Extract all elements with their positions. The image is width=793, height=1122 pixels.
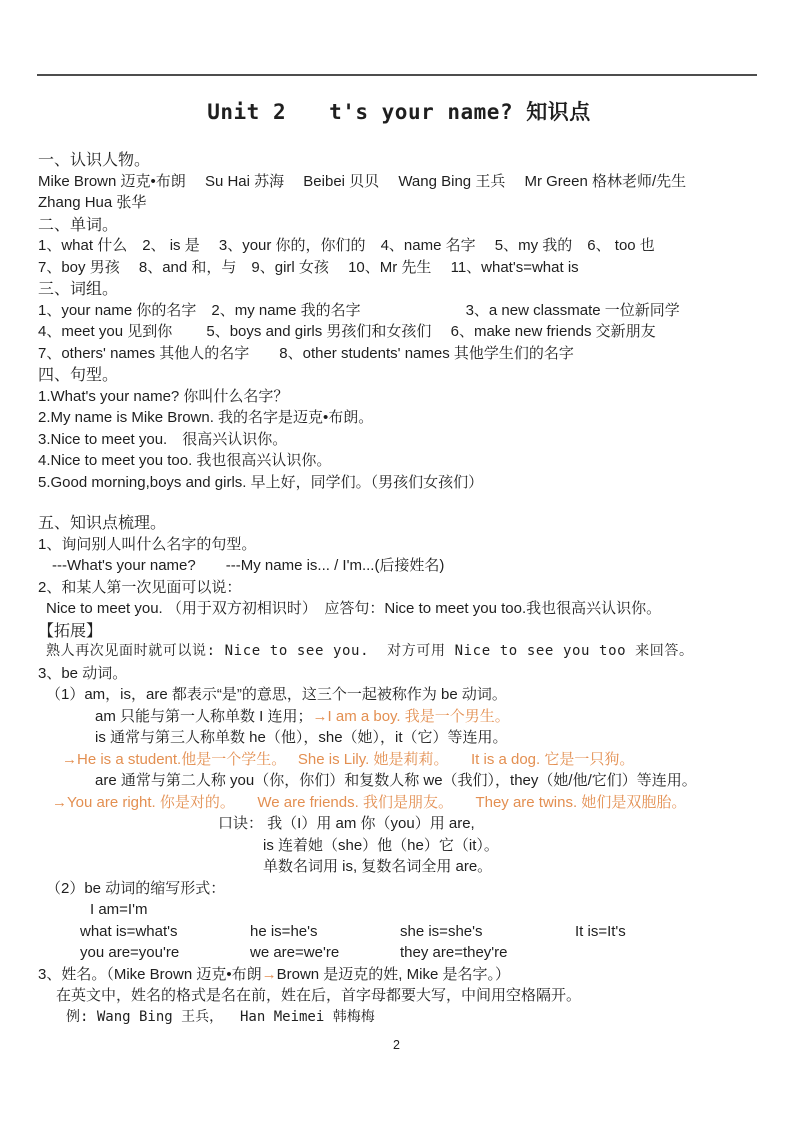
section1-line-people: Mike Brown 迈克•布朗 Su Hai 苏海 Beibei 贝贝 Wan…: [38, 171, 760, 193]
section4-sentence-1: 1.What's your name? 你叫什么名字？: [38, 386, 760, 408]
section3-phrases-line1: 1、your name 你的名字 2、my name 我的名字 3、a new …: [38, 300, 760, 322]
document-content: Unit 2 t's your name? 知识点 一、认识人物。 Mike B…: [38, 97, 760, 1028]
s5-surname-line: 3、姓名。（Mike Brown 迈克•布朗→Brown 是迈克的姓, Mike…: [38, 964, 760, 986]
section2-heading: 二、单词。: [38, 214, 760, 236]
s5-rhyme-line2: is 连着她（she）他（he）它（it）。: [263, 835, 760, 857]
s5-name-examples: 例: Wang Bing 王兵， Han Meimei 韩梅梅: [66, 1007, 760, 1029]
contraction-it-is: It is=It's: [575, 921, 626, 943]
section4-sentence-5: 5.Good morning,boys and girls. 早上好，同学们。（…: [38, 472, 760, 494]
section4-sentence-2: 2.My name is Mike Brown. 我的名字是迈克•布朗。: [38, 407, 760, 429]
section1-line-people2: Zhang Hua 张华: [38, 192, 760, 214]
s5-question1: 1、询问别人叫什么名字的句型。: [38, 534, 760, 556]
contraction-he-is: he is=he's: [250, 921, 400, 943]
arrow-icon: →: [262, 966, 277, 983]
section2-words-line2: 7、boy 男孩 8、and 和，与 9、girl 女孩 10、Mr 先生 11…: [38, 257, 760, 279]
contraction-what-is: what is=what's: [80, 921, 250, 943]
s5-expand-tag: 【拓展】: [38, 620, 760, 642]
s5-rhyme-line1: 口诀： 我（I）用 am 你（you）用 are,: [218, 813, 760, 835]
s5-expand-text: 熟人再次见面时就可以说: Nice to see you. 对方可用 Nice …: [46, 641, 760, 663]
header-rule: [37, 74, 757, 76]
s5-be-am-line: am 只能与第一人称单数 I 连用；→I am a boy. 我是一个男生。: [95, 706, 760, 728]
s5-be-is-examples: →He is a student.他是一个学生。 She is Lily. 她是…: [62, 749, 760, 771]
s5-contraction-row2: you are=you're we are=we're they are=the…: [80, 942, 760, 964]
be-am-rule: am 只能与第一人称单数 I 连用；: [95, 708, 313, 725]
contraction-she-is: she is=she's: [400, 921, 575, 943]
s5-contraction-row1: what is=what's he is=he's she is=she's I…: [80, 921, 760, 943]
section5-heading: 五、知识点梳理。: [38, 512, 760, 534]
s5-be-rule-1: （1）am，is，are 都表示“是”的意思，这三个一起被称作为 be 动词。: [46, 684, 760, 706]
s5-be-are-examples: →You are right. 你是对的。 We are friends. 我们…: [52, 792, 760, 814]
section2-words-line1: 1、what 什么 2、 is 是 3、your 你的，你们的 4、name 名…: [38, 235, 760, 257]
section4-sentence-3: 3.Nice to meet you. 很高兴认识你。: [38, 429, 760, 451]
section3-heading: 三、词组。: [38, 278, 760, 300]
section1-heading: 一、认识人物。: [38, 149, 760, 171]
s5-question2-answer: Nice to meet you. （用于双方初相识时） 应答句：Nice to…: [46, 598, 760, 620]
contraction-we-are: we are=we're: [250, 942, 400, 964]
page-number: 2: [0, 1038, 793, 1052]
s5-contraction-iam: I am=I'm: [90, 899, 760, 921]
s5-rhyme-line3: 单数名词用 is, 复数名词全用 are。: [263, 856, 760, 878]
s5-question2: 2、和某人第一次见面可以说：: [38, 577, 760, 599]
s5-be-rule-2: （2）be 动词的缩写形式：: [46, 878, 760, 900]
page-title: Unit 2 t's your name? 知识点: [38, 97, 760, 127]
section3-phrases-line3: 7、others' names 其他人的名字 8、other students'…: [38, 343, 760, 365]
s5-question1-answer: ---What's your name? ---My name is... / …: [52, 555, 760, 577]
document-page: Unit 2 t's your name? 知识点 一、认识人物。 Mike B…: [0, 0, 793, 1122]
s5-be-verb-heading: 3、be 动词。: [38, 663, 760, 685]
be-am-example: →I am a boy. 我是一个男生。: [313, 708, 510, 725]
surname-explanation: Brown 是迈克的姓, Mike 是名字。）: [277, 966, 510, 983]
section3-phrases-line2: 4、meet you 见到你 5、boys and girls 男孩们和女孩们 …: [38, 321, 760, 343]
contraction-you-are: you are=you're: [80, 942, 250, 964]
s5-be-is-rule: is 通常与第三人称单数 he（他），she（她），it（它）等连用。: [95, 727, 760, 749]
contraction-they-are: they are=they're: [400, 942, 575, 964]
section4-heading: 四、句型。: [38, 364, 760, 386]
s5-name-format-rule: 在英文中，姓名的格式是名在前，姓在后，首字母都要大写，中间用空格隔开。: [56, 985, 760, 1007]
surname-intro: 3、姓名。（Mike Brown 迈克•布朗: [38, 966, 262, 983]
section-gap: [38, 493, 760, 512]
section4-sentence-4: 4.Nice to meet you too. 我也很高兴认识你。: [38, 450, 760, 472]
s5-be-are-rule: are 通常与第二人称 you（你，你们）和复数人称 we（我们），they（她…: [95, 770, 760, 792]
